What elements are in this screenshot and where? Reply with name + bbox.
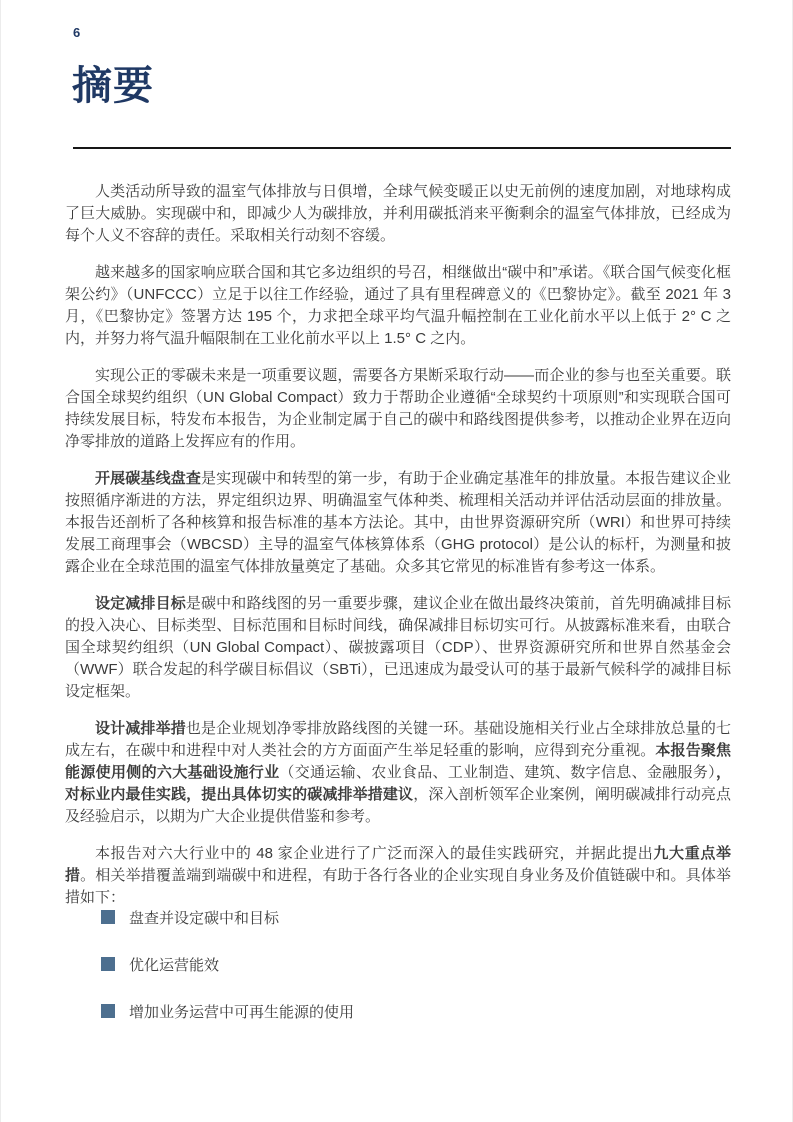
square-bullet-icon (101, 1004, 115, 1018)
square-bullet-icon (101, 957, 115, 971)
list-item-label: 优化运营能效 (129, 954, 219, 975)
title-divider (73, 147, 731, 149)
text-run: 。相关举措覆盖端到端碳中和进程，有助于各行各业的企业实现自身业务及价值链碳中和。… (65, 867, 731, 906)
text-run: 实现公正的零碳未来是一项重要议题，需要各方果断采取行动——而企业的参与也至关重要… (65, 367, 731, 450)
text-run: 人类活动所导致的温室气体排放与日俱增，全球气候变暖正以史无前例的速度加剧，对地球… (65, 183, 731, 244)
list-item-label: 盘查并设定碳中和目标 (129, 907, 279, 928)
bold-text-run: 设计减排举措 (95, 720, 186, 737)
bold-text-run: 开展碳基线盘查 (95, 470, 201, 487)
paragraphs: 人类活动所导致的温室气体排放与日俱增，全球气候变暖正以史无前例的速度加剧，对地球… (65, 181, 731, 924)
text-run: 本报告对六大行业中的 48 家企业进行了广泛而深入的最佳实践研究，并据此提出 (95, 845, 653, 862)
document-page: 6 摘要 人类活动所导致的温室气体排放与日俱增，全球气候变暖正以史无前例的速度加… (0, 0, 793, 1122)
bold-text-run: 设定减排目标 (95, 595, 186, 612)
text-run: （交通运输、农业食品、工业制造、建筑、数字信息、金融服务） (279, 764, 716, 781)
text-run: 越来越多的国家响应联合国和其它多边组织的号召，相继做出“碳中和”承诺。《联合国气… (65, 264, 731, 347)
page-number: 6 (73, 25, 80, 40)
paragraph: 设计减排举措也是企业规划净零排放路线图的关键一环。基础设施相关行业占全球排放总量… (65, 718, 731, 828)
paragraph: 实现公正的零碳未来是一项重要议题，需要各方果断采取行动——而企业的参与也至关重要… (65, 365, 731, 453)
paragraph: 设定减排目标是碳中和路线图的另一重要步骤，建议企业在做出最终决策前，首先明确减排… (65, 593, 731, 703)
paragraph: 越来越多的国家响应联合国和其它多边组织的号召，相继做出“碳中和”承诺。《联合国气… (65, 262, 731, 350)
paragraph: 开展碳基线盘查是实现碳中和转型的第一步，有助于企业确定基准年的排放量。本报告建议… (65, 468, 731, 578)
page-title: 摘要 (72, 62, 154, 110)
list-item: 盘查并设定碳中和目标 (101, 906, 354, 928)
square-bullet-icon (101, 910, 115, 924)
list-item-label: 增加业务运营中可再生能源的使用 (129, 1001, 354, 1022)
paragraph: 人类活动所导致的温室气体排放与日俱增，全球气候变暖正以史无前例的速度加剧，对地球… (65, 181, 731, 247)
paragraph: 本报告对六大行业中的 48 家企业进行了广泛而深入的最佳实践研究，并据此提出九大… (65, 843, 731, 909)
list-item: 增加业务运营中可再生能源的使用 (101, 1000, 354, 1022)
list-item: 优化运营能效 (101, 953, 354, 975)
key-actions-list: 盘查并设定碳中和目标优化运营能效增加业务运营中可再生能源的使用 (101, 906, 354, 1047)
